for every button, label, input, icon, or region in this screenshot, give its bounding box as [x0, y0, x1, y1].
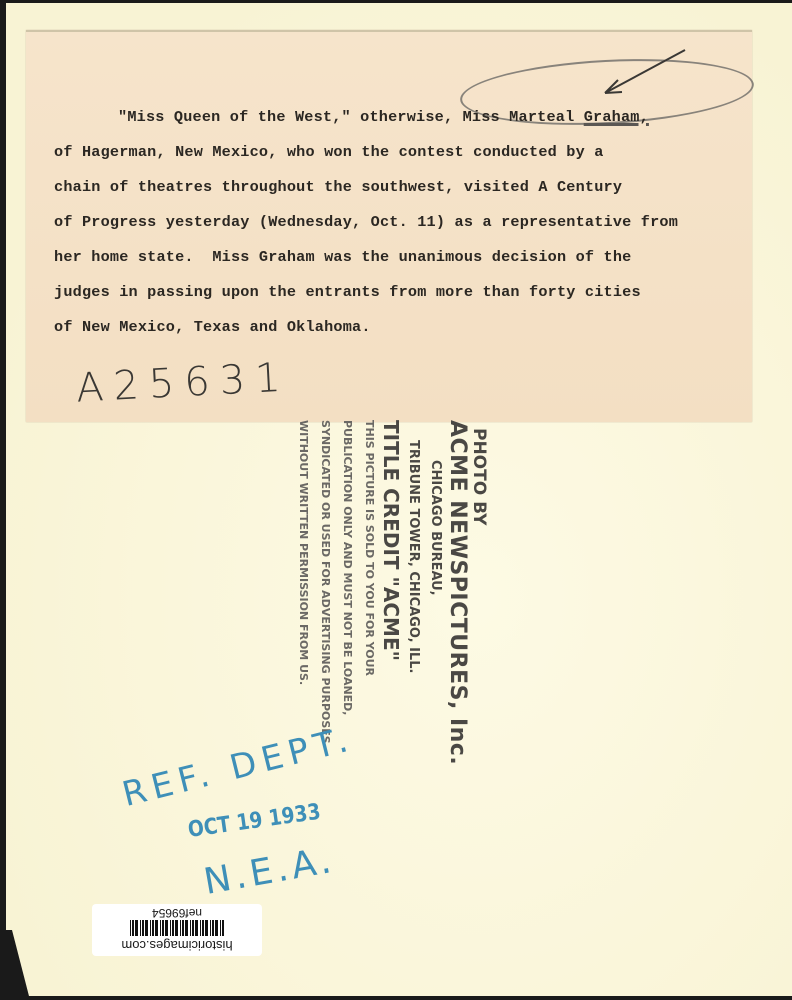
- caption-line-1: "Miss Queen of the West," otherwise, Mis…: [54, 100, 754, 135]
- underlined-name: Graham,: [584, 108, 649, 126]
- barcode-icon: [130, 920, 224, 936]
- barcode-site: historicimages.com: [92, 938, 262, 953]
- stamp-line: CHICAGO BUREAU,: [424, 420, 446, 800]
- caption-line-7: of New Mexico, Texas and Oklahoma.: [54, 310, 754, 345]
- caption-line-2: of Hagerman, New Mexico, who won the con…: [54, 135, 754, 170]
- barcode-code: nef69654: [92, 906, 262, 920]
- caption-line-6: judges in passing upon the entrants from…: [54, 275, 754, 310]
- stamp-line: TRIBUNE TOWER, CHICAGO, ILL.: [402, 420, 424, 800]
- acme-credit-stamp: PHOTO BY ACME NEWSPICTURES, Inc. CHICAGO…: [230, 420, 490, 780]
- pencil-check-mark: [600, 45, 700, 95]
- stamp-line: ACME NEWSPICTURES, Inc.: [446, 420, 468, 800]
- clipping-edge: [26, 30, 752, 32]
- caption-line-1-text: "Miss Queen of the West," otherwise, Mis…: [118, 108, 584, 126]
- barcode-label: historicimages.com nef69654: [92, 904, 262, 956]
- stamp-line: THIS PICTURE IS SOLD TO YOU FOR YOUR: [358, 420, 380, 800]
- caption-line-5: her home state. Miss Graham was the unan…: [54, 240, 754, 275]
- caption-line-4: of Progress yesterday (Wednesday, Oct. 1…: [54, 205, 754, 240]
- stamp-line: PHOTO BY: [468, 420, 490, 800]
- caption-text: "Miss Queen of the West," otherwise, Mis…: [54, 100, 754, 345]
- stamp-line: TITLE CREDIT "ACME": [380, 420, 402, 800]
- caption-line-3: chain of theatres throughout the southwe…: [54, 170, 754, 205]
